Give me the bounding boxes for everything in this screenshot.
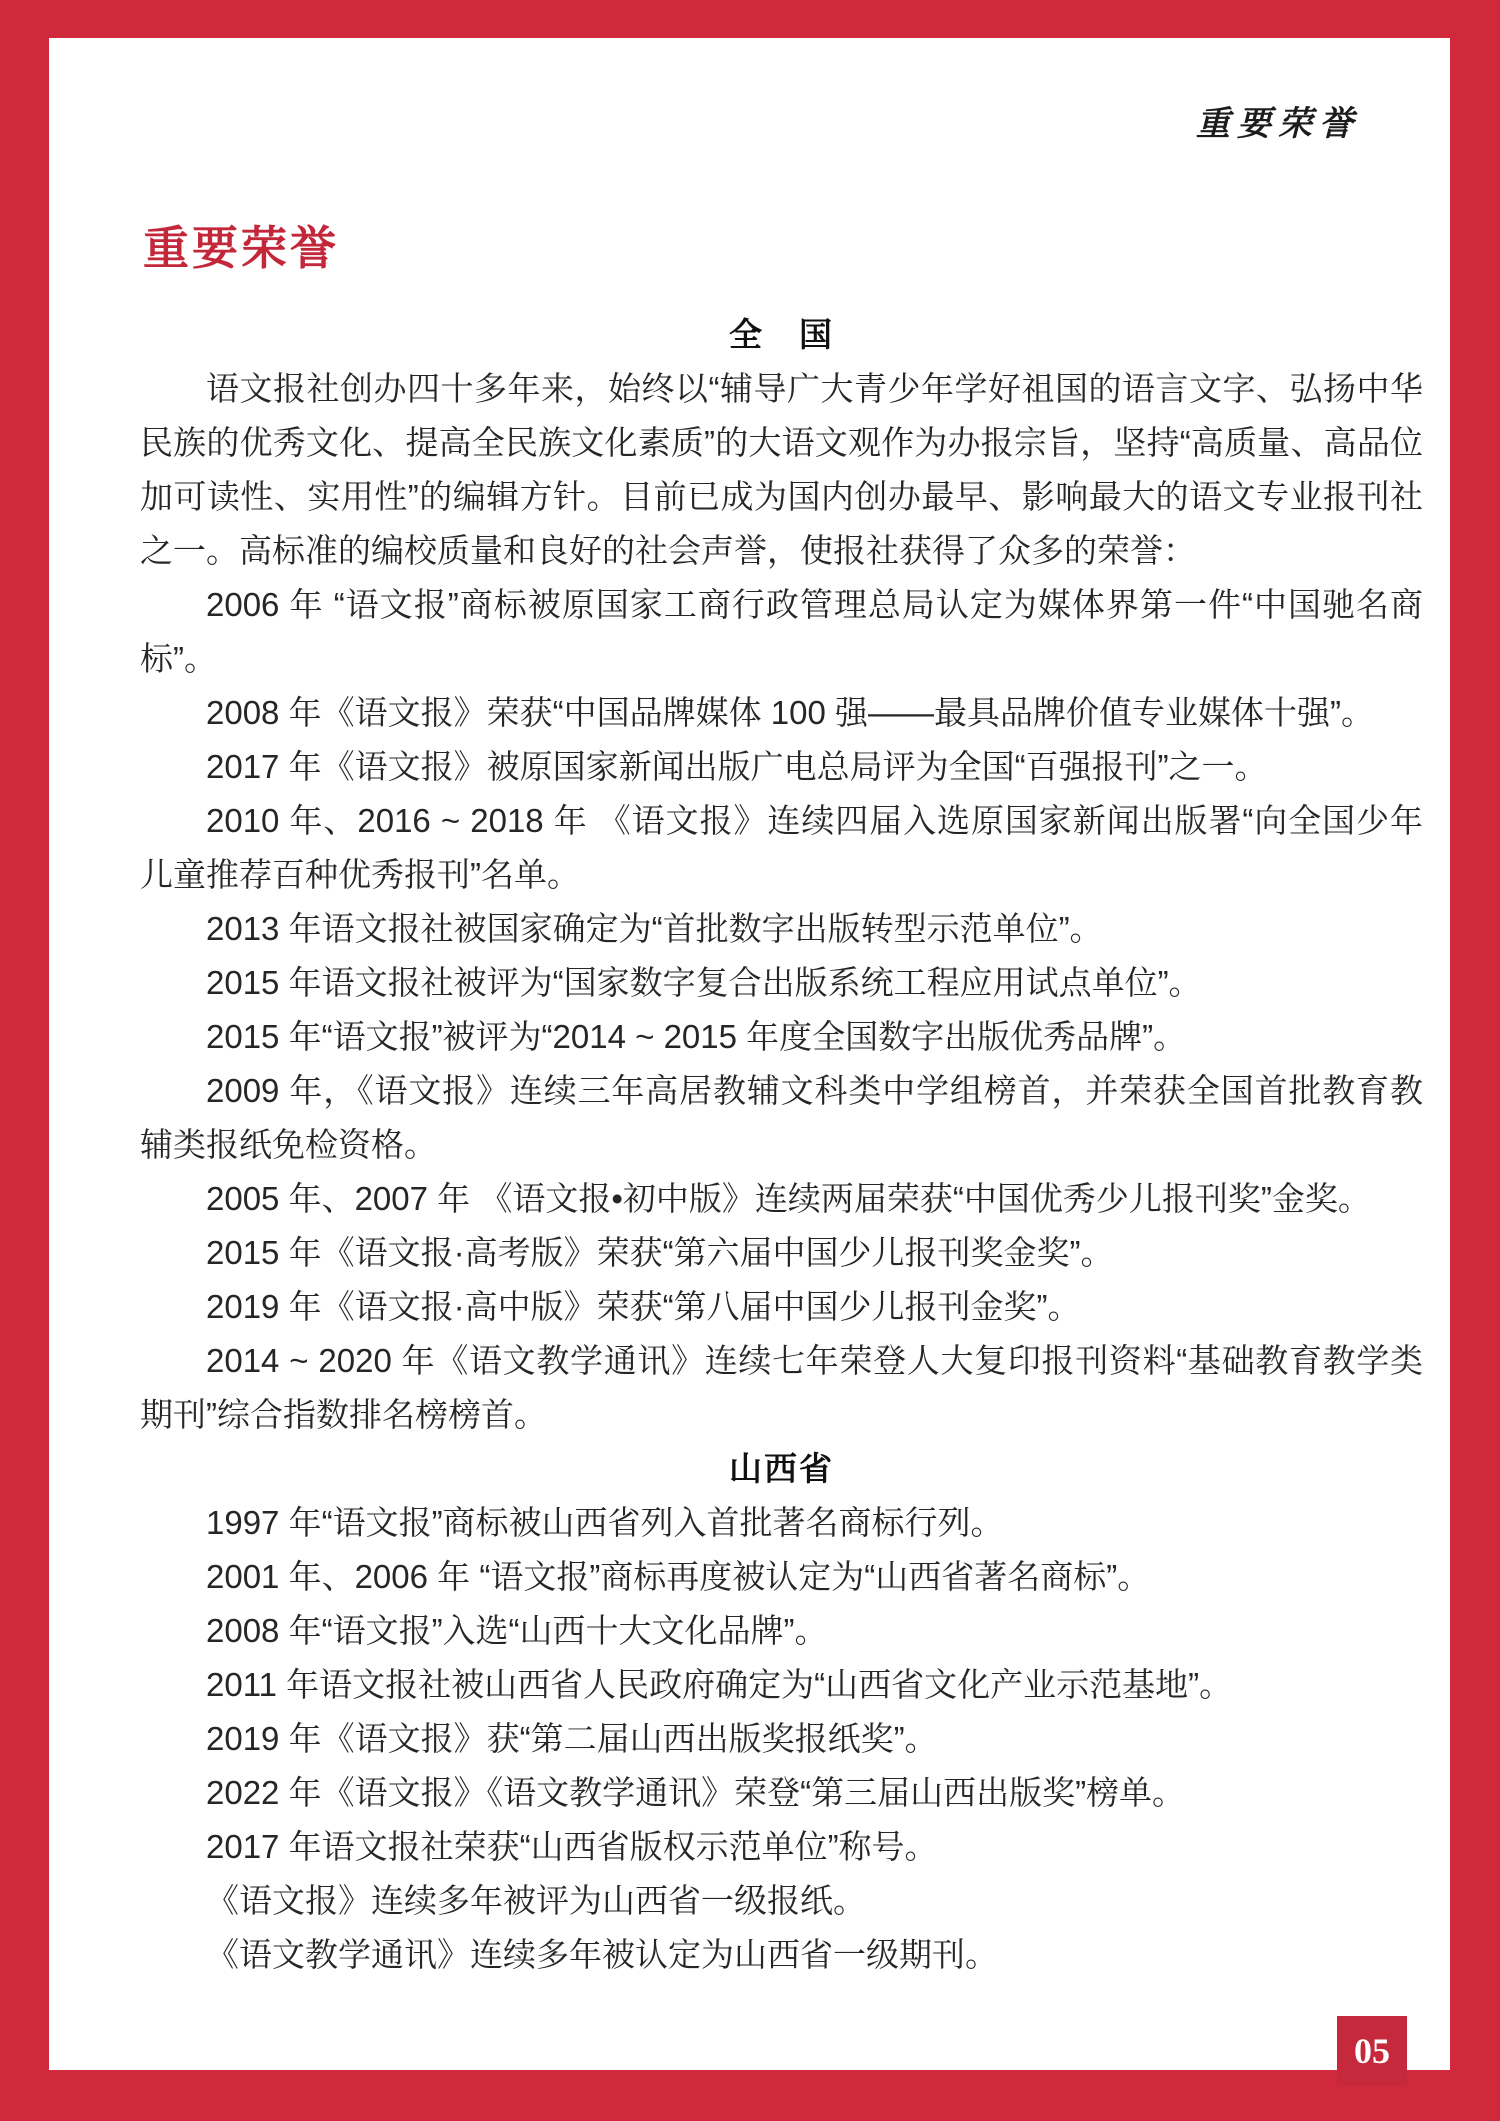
page-sheet: 重要荣誉 重要荣誉 全 国语文报社创办四十多年来，始终以“辅导广大青少年学好祖国… <box>49 38 1450 2070</box>
paragraph: 2017 年语文报社荣获“山西省版权示范单位”称号。 <box>140 1820 1423 1874</box>
paragraph: 2022 年《语文报》《语文教学通讯》荣登“第三届山西出版奖”榜单。 <box>140 1766 1423 1820</box>
paragraph: 2009 年，《语文报》连续三年高居教辅文科类中学组榜首，并荣获全国首批教育教辅… <box>140 1064 1423 1172</box>
paragraph: 2011 年语文报社被山西省人民政府确定为“山西省文化产业示范基地”。 <box>140 1658 1423 1712</box>
paragraph: 2006 年 “语文报”商标被原国家工商行政管理总局认定为媒体界第一件“中国驰名… <box>140 578 1423 686</box>
section-heading: 全 国 <box>140 308 1423 362</box>
paragraph: 2019 年《语文报》获“第二届山西出版奖报纸奖”。 <box>140 1712 1423 1766</box>
paragraph: 《语文报》连续多年被评为山西省一级报纸。 <box>140 1874 1423 1928</box>
page-title: 重要荣誉 <box>143 222 1450 274</box>
paragraph: 2014 ~ 2020 年《语文教学通讯》连续七年荣登人大复印报刊资料“基础教育… <box>140 1334 1423 1442</box>
paragraph: 2015 年“语文报”被评为“2014 ~ 2015 年度全国数字出版优秀品牌”… <box>140 1010 1423 1064</box>
paragraph: 1997 年“语文报”商标被山西省列入首批著名商标行列。 <box>140 1496 1423 1550</box>
running-header: 重要荣誉 <box>49 38 1450 148</box>
page-frame: 重要荣誉 重要荣誉 全 国语文报社创办四十多年来，始终以“辅导广大青少年学好祖国… <box>0 0 1500 2121</box>
paragraph: 语文报社创办四十多年来，始终以“辅导广大青少年学好祖国的语言文字、弘扬中华民族的… <box>140 362 1423 578</box>
document-content: 全 国语文报社创办四十多年来，始终以“辅导广大青少年学好祖国的语言文字、弘扬中华… <box>140 308 1423 1982</box>
paragraph: 2015 年语文报社被评为“国家数字复合出版系统工程应用试点单位”。 <box>140 956 1423 1010</box>
paragraph: 2005 年、2007 年 《语文报•初中版》连续两届荣获“中国优秀少儿报刊奖”… <box>140 1172 1423 1226</box>
paragraph: 2008 年《语文报》荣获“中国品牌媒体 100 强——最具品牌价值专业媒体十强… <box>140 686 1423 740</box>
paragraph: 2015 年《语文报·高考版》荣获“第六届中国少儿报刊奖金奖”。 <box>140 1226 1423 1280</box>
paragraph: 2001 年、2006 年 “语文报”商标再度被认定为“山西省著名商标”。 <box>140 1550 1423 1604</box>
paragraph: 2013 年语文报社被国家确定为“首批数字出版转型示范单位”。 <box>140 902 1423 956</box>
section-heading: 山西省 <box>140 1442 1423 1496</box>
paragraph: 2019 年《语文报·高中版》荣获“第八届中国少儿报刊金奖”。 <box>140 1280 1423 1334</box>
paragraph: 2008 年“语文报”入选“山西十大文化品牌”。 <box>140 1604 1423 1658</box>
paragraph: 2017 年《语文报》被原国家新闻出版广电总局评为全国“百强报刊”之一。 <box>140 740 1423 794</box>
paragraph: 2010 年、2016 ~ 2018 年 《语文报》连续四届入选原国家新闻出版署… <box>140 794 1423 902</box>
page-number: 05 <box>1354 2030 1390 2072</box>
paragraph: 《语文教学通讯》连续多年被认定为山西省一级期刊。 <box>140 1928 1423 1982</box>
page-number-badge: 05 <box>1337 2016 1407 2086</box>
